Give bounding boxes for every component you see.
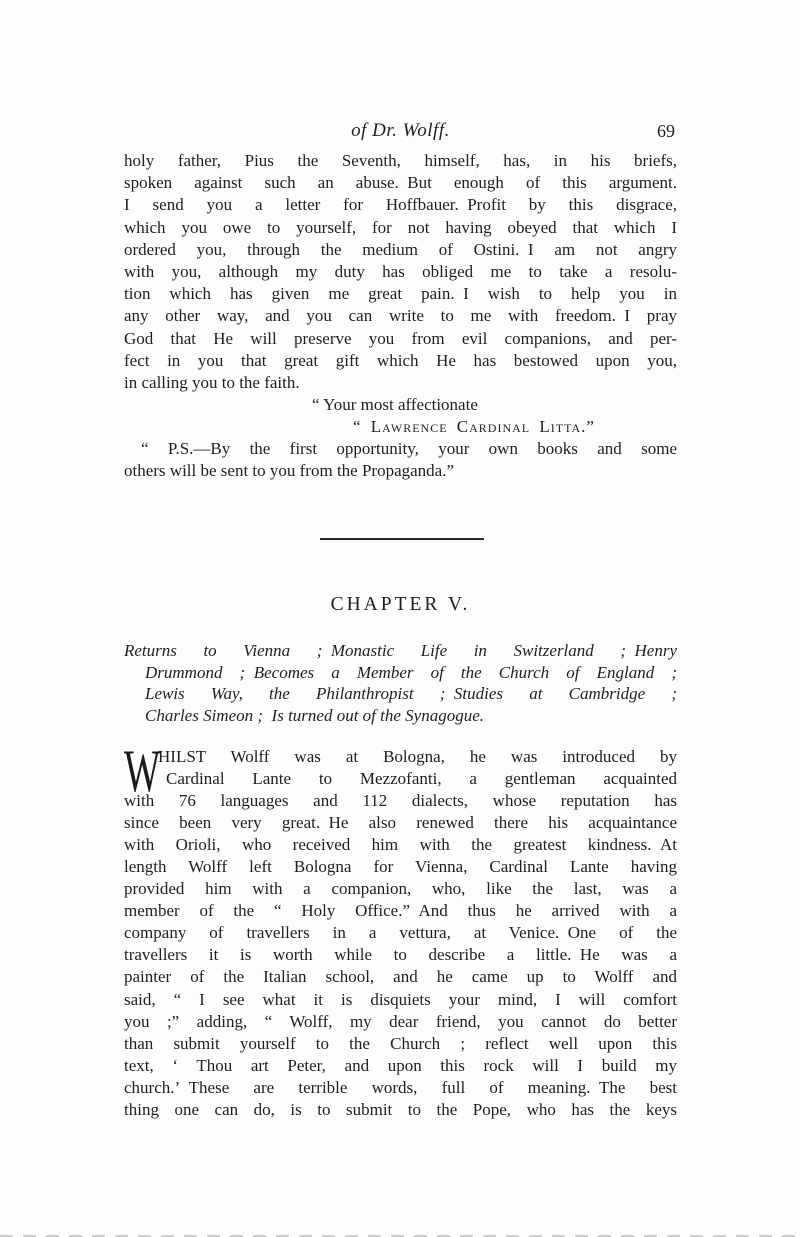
chapter-heading: CHAPTER V. <box>124 592 677 618</box>
letter-signoff: “ Your most affectionate <box>124 394 800 416</box>
text-line: spoken against such an abuse. But enough… <box>124 172 677 194</box>
text-line: tion which has given me great pain. I wi… <box>124 283 677 305</box>
book-page: of Dr. Wolff. 69 holy father, Pius the S… <box>0 0 800 1237</box>
text-line: which you owe to yourself, for not havin… <box>124 217 677 239</box>
text-line: company of travellers in a vettura, at V… <box>124 922 677 944</box>
text-line: Cardinal Lante to Mezzofanti, a gentlema… <box>124 768 677 790</box>
text-line: fect in you that great gift which He has… <box>124 350 677 372</box>
chapter-summary: Returns to Vienna ; Monastic Life in Swi… <box>124 640 677 727</box>
text-line: text, ‘ Thou art Peter, and upon this ro… <box>124 1055 677 1077</box>
text-line: than submit yourself to the Church ; ref… <box>124 1033 677 1055</box>
text-line: with Orioli, who received him with the g… <box>124 834 677 856</box>
text-line: thing one can do, is to submit to the Po… <box>124 1099 677 1121</box>
postscript-paragraph: “ P.S.—By the first opportunity, your ow… <box>124 438 677 482</box>
summary-line: Returns to Vienna ; Monastic Life in Swi… <box>124 640 677 662</box>
text-line: others will be sent to you from the Prop… <box>124 460 677 482</box>
summary-line: Drummond ; Becomes a Member of the Churc… <box>124 662 677 684</box>
summary-line: Charles Simeon ; Is turned out of the Sy… <box>124 705 677 727</box>
text-line: “ P.S.—By the first opportunity, your ow… <box>124 438 677 460</box>
text-line: length Wolff left Bologna for Vienna, Ca… <box>124 856 677 878</box>
text-line: with you, although my duty has obliged m… <box>124 261 677 283</box>
text-line: painter of the Italian school, and he ca… <box>124 966 677 988</box>
letter-body-paragraph: holy father, Pius the Seventh, himself, … <box>124 150 677 394</box>
drop-cap-letter: W <box>124 741 160 801</box>
section-divider-rule <box>320 538 484 540</box>
text-line: travellers it is worth while to describe… <box>124 944 677 966</box>
chapter-opening-paragraph: W HILST Wolff was at Bologna, he was int… <box>124 746 677 1121</box>
text-line: with 76 languages and 112 dialects, whos… <box>124 790 677 812</box>
text-line: since been very great. He also renewed t… <box>124 812 677 834</box>
text-line: said, “ I see what it is disquiets your … <box>124 989 677 1011</box>
text-line: any other way, and you can write to me w… <box>124 305 677 327</box>
text-line: member of the “ Holy Office.” And thus h… <box>124 900 677 922</box>
text-line: provided him with a companion, who, like… <box>124 878 677 900</box>
text-line: church.’ These are terrible words, full … <box>124 1077 677 1099</box>
text-block: of Dr. Wolff. 69 holy father, Pius the S… <box>124 0 677 1237</box>
text-line: holy father, Pius the Seventh, himself, … <box>124 150 677 172</box>
page-number: 69 <box>657 120 675 142</box>
text-line: I send you a letter for Hoffbauer. Profi… <box>124 194 677 216</box>
text-line: God that He will preserve you from evil … <box>124 328 677 350</box>
summary-line: Lewis Way, the Philanthropist ; Studies … <box>124 683 677 705</box>
page-header: of Dr. Wolff. 69 <box>124 119 677 145</box>
text-line: in calling you to the faith. <box>124 372 677 394</box>
letter-signature: “ Lawrence Cardinal Litta.” <box>124 416 800 438</box>
running-title: of Dr. Wolff. <box>124 119 677 143</box>
text-line: ordered you, through the medium of Ostin… <box>124 239 677 261</box>
text-line: you ;” adding, “ Wolff, my dear friend, … <box>124 1011 677 1033</box>
text-line: HILST Wolff was at Bologna, he was intro… <box>124 746 677 768</box>
